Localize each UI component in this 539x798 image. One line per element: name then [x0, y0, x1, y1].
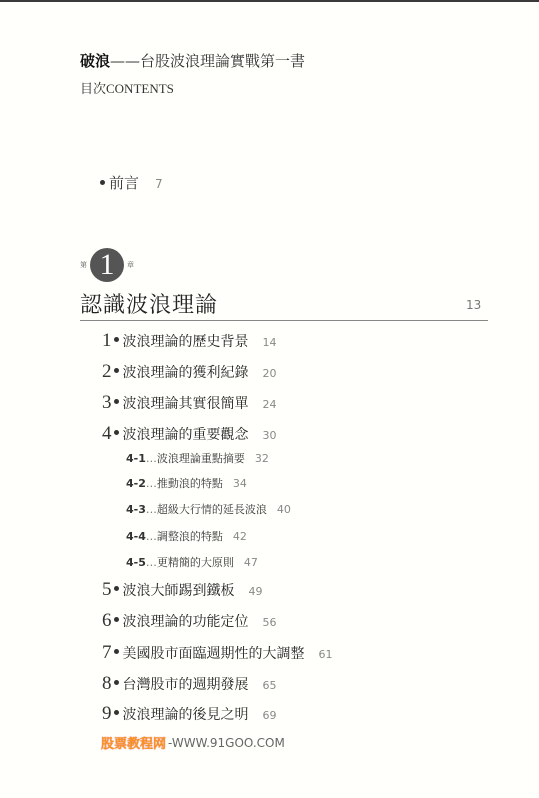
bullet-icon	[114, 399, 119, 404]
section-number: 8	[102, 673, 112, 695]
watermark-brand: 股票教程网	[101, 733, 166, 752]
book-title-main: 破浪	[80, 52, 110, 70]
toc-subsection[interactable]: 4-2 … 推動浪的特點 34	[126, 475, 247, 491]
section-page: 14	[263, 336, 277, 349]
section-number: 2	[102, 361, 112, 383]
chapter-title[interactable]: 認識波浪理論	[80, 288, 218, 319]
toc-section[interactable]: 1 波浪理論的歷史背景 14	[102, 330, 277, 352]
book-subtitle: ——台股波浪理論實戰第一書	[110, 52, 305, 70]
bullet-icon	[114, 710, 119, 715]
section-number: 1	[102, 330, 112, 352]
section-page: 24	[263, 398, 277, 411]
toc-section[interactable]: 8 台灣股市的週期發展 65	[102, 673, 277, 695]
bullet-icon	[100, 180, 105, 185]
subsection-title: 更精簡的大原則	[157, 554, 234, 570]
bullet-icon	[114, 337, 119, 342]
bullet-icon	[114, 430, 119, 435]
subsection-page: 47	[244, 556, 258, 569]
watermark[interactable]: 股票教程网 -WWW.91GOO.COM	[101, 733, 285, 752]
section-number: 4	[102, 423, 112, 445]
preface-page: 7	[155, 177, 163, 191]
bullet-icon	[114, 368, 119, 373]
section-page: 49	[249, 585, 263, 598]
leader-dots: …	[146, 556, 157, 569]
leader-dots: …	[146, 530, 157, 543]
section-title: 波浪理論的歷史背景	[123, 331, 249, 351]
section-page: 61	[319, 648, 333, 661]
subsection-title: 調整浪的特點	[157, 528, 223, 544]
subsection-page: 42	[233, 530, 247, 543]
section-title: 波浪理論的重要觀念	[123, 424, 249, 444]
subsection-code: 4-3	[126, 503, 146, 516]
leader-dots: …	[146, 477, 157, 490]
subsection-code: 4-1	[126, 452, 146, 465]
toc-subsection[interactable]: 4-4 … 調整浪的特點 42	[126, 528, 247, 544]
subsection-code: 4-5	[126, 556, 146, 569]
section-number: 9	[102, 703, 112, 725]
section-title: 波浪理論其實很簡單	[123, 393, 249, 413]
section-title: 波浪理論的後見之明	[123, 704, 249, 724]
chapter-page: 13	[466, 298, 481, 312]
subsection-code: 4-4	[126, 530, 146, 543]
toc-entry-preface[interactable]: 前言 7	[100, 172, 163, 193]
section-page: 20	[263, 367, 277, 380]
bullet-icon	[114, 649, 119, 654]
bullet-icon	[114, 680, 119, 685]
section-title: 美國股市面臨週期性的大調整	[123, 643, 305, 663]
watermark-url: -WWW.91GOO.COM	[168, 736, 285, 750]
chapter-badge: 第 1 章	[80, 248, 134, 282]
toc-section[interactable]: 5 波浪大師踢到鐵板 49	[102, 579, 263, 601]
toc-section[interactable]: 2 波浪理論的獲利紀錄 20	[102, 361, 277, 383]
section-page: 65	[263, 679, 277, 692]
toc-section[interactable]: 3 波浪理論其實很簡單 24	[102, 392, 277, 414]
subsection-page: 34	[233, 477, 247, 490]
chapter-number-circle: 1	[90, 248, 124, 282]
contents-label: 目次CONTENTS	[80, 78, 174, 97]
chapter-divider	[80, 320, 488, 321]
book-title: 破浪——台股波浪理論實戰第一書	[80, 50, 305, 71]
toc-section[interactable]: 7 美國股市面臨週期性的大調整 61	[102, 642, 333, 664]
section-title: 波浪理論的獲利紀錄	[123, 362, 249, 382]
section-number: 3	[102, 392, 112, 414]
section-title: 波浪理論的功能定位	[123, 611, 249, 631]
subsection-page: 40	[277, 503, 291, 516]
bullet-icon	[114, 586, 119, 591]
subsection-title: 推動浪的特點	[157, 475, 223, 491]
section-number: 6	[102, 610, 112, 632]
section-title: 台灣股市的週期發展	[123, 674, 249, 694]
section-number: 5	[102, 579, 112, 601]
section-number: 7	[102, 642, 112, 664]
chapter-prefix: 第	[80, 260, 87, 270]
toc-section[interactable]: 6 波浪理論的功能定位 56	[102, 610, 277, 632]
section-page: 69	[263, 709, 277, 722]
section-title: 波浪大師踢到鐵板	[123, 580, 235, 600]
bullet-icon	[114, 617, 119, 622]
subsection-page: 32	[255, 452, 269, 465]
leader-dots: …	[146, 503, 157, 516]
section-page: 30	[263, 429, 277, 442]
subsection-title: 超級大行情的延長波浪	[157, 501, 267, 517]
toc-subsection[interactable]: 4-1 … 波浪理論重點摘要 32	[126, 450, 269, 466]
chapter-suffix: 章	[127, 260, 134, 270]
toc-subsection[interactable]: 4-5 … 更精簡的大原則 47	[126, 554, 258, 570]
subsection-title: 波浪理論重點摘要	[157, 450, 245, 466]
preface-title: 前言	[109, 172, 139, 193]
subsection-code: 4-2	[126, 477, 146, 490]
toc-section[interactable]: 9 波浪理論的後見之明 69	[102, 703, 277, 725]
page-top-edge	[0, 0, 539, 2]
toc-section[interactable]: 4 波浪理論的重要觀念 30	[102, 423, 277, 445]
section-page: 56	[263, 616, 277, 629]
toc-subsection[interactable]: 4-3 … 超級大行情的延長波浪 40	[126, 501, 291, 517]
leader-dots: …	[146, 452, 157, 465]
